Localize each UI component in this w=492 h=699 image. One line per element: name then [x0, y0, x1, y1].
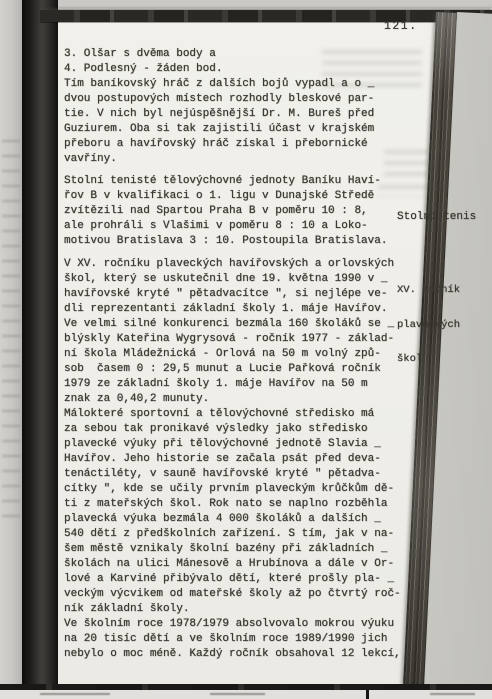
- text-line: 1979 ze základní školy 1. máje Havířov n…: [64, 377, 412, 392]
- scan-border-top: [40, 10, 492, 22]
- text-line: ník základní školy.: [64, 602, 412, 617]
- text-line: Stolní tenisté tělovýchovné jednoty Baní…: [64, 174, 412, 189]
- text-line: motivou Bratislava 3 : 10. Postoupila Br…: [64, 234, 412, 249]
- text-line: dvou postupových místech rozhodly blesko…: [64, 92, 412, 107]
- text-line: ní škola Mládežnická - Orlová na 50 m vo…: [64, 347, 412, 362]
- margin-note-line: Stolní tenis: [397, 210, 476, 225]
- text-line: Ve velmi silné konkurenci bezmála 160 šk…: [64, 317, 412, 332]
- text-line: ale prohráli s Vlašimi v poměru 8 : 10 a…: [64, 219, 412, 234]
- margin-note-line: plaveckých: [397, 320, 460, 332]
- text-line: tie. V nich byl nejúspěšnější Dr. M. Bur…: [64, 107, 412, 122]
- text-line: veckým výcvikem od mateřské školy až po …: [64, 587, 412, 602]
- text-line: nebylo o moc méně. Každý ročník obsahova…: [64, 647, 412, 662]
- text-line: na 20 tisíc dětí a ve školním roce 1989/…: [64, 632, 412, 647]
- text-line: havířovské kryté " pětadvacítce ", si ne…: [64, 287, 412, 302]
- text-line: šem městě vznikaly školní bazény při zák…: [64, 542, 412, 557]
- margin-note-line: XV. ročník: [397, 285, 460, 297]
- scan-edge-dash: [430, 693, 475, 695]
- text-line: Málokteré sportovní a tělovýchovné střed…: [64, 407, 412, 422]
- text-line: 540 dětí z předškolních zařízení. S tím,…: [64, 527, 412, 542]
- text-line: cítky ", kde se učily prvním plaveckým k…: [64, 482, 412, 497]
- scan-edge-dash: [210, 693, 265, 695]
- text-line: plavecká výuka bezmála 4 000 školáků a d…: [64, 512, 412, 527]
- scan-edge-tick: [366, 690, 369, 699]
- text-line: znak za 0,40,2 munuty.: [64, 392, 412, 407]
- ghost-print-lines: [2, 140, 20, 530]
- page-number: 121.: [384, 20, 418, 33]
- text-line: tenáctiléty, v sauně havířovské kryté " …: [64, 467, 412, 482]
- book-binding: [22, 0, 58, 684]
- text-line: zvítězili nad Spartou Praha B v poměru 1…: [64, 204, 412, 219]
- margin-note-swimming-schools: XV. ročník plaveckých škol: [397, 262, 460, 389]
- text-line: Ve školním roce 1978/1979 absolvovalo mo…: [64, 617, 412, 632]
- text-line: lové a Karviné přibývalo dětí, které pro…: [64, 572, 412, 587]
- text-line: školách na ulici Mánesově a Hrubínova a …: [64, 557, 412, 572]
- body-text-column: 3. Olšar s dvěma body a4. Podlesný - žád…: [64, 47, 412, 662]
- scan-edge-dash: [40, 693, 110, 695]
- text-line: sob časem 0 : 29,5 munut a Lucie Pařková…: [64, 362, 412, 377]
- text-line: Tím baníkovský hráč z dalších bojů vypad…: [64, 77, 412, 92]
- text-line: škol, který se uskutečnil dne 19. května…: [64, 272, 412, 287]
- text-line: Havířov. Jeho historie se začala psát př…: [64, 452, 412, 467]
- text-line: blýskly Kateřina Wygrysová - ročník 1977…: [64, 332, 412, 347]
- text-line: Guziurem. Oba si tak zajistili účast v k…: [64, 122, 412, 137]
- text-line: ti z mateřských škol. Rok nato se naplno…: [64, 497, 412, 512]
- previous-page-edge: [0, 0, 22, 699]
- text-line: 3. Olšar s dvěma body a: [64, 47, 412, 62]
- text-line: V XV. ročníku plaveckých havířovských a …: [64, 257, 412, 272]
- text-line: řov B v kvalifikaci o 1. ligu v Dunajské…: [64, 189, 412, 204]
- text-line: přeboru a havířovský hráč získal i přebo…: [64, 137, 412, 152]
- scanned-document-page: 121. 3. Olšar s dvěma body a4. Podlesný …: [0, 0, 492, 699]
- text-line: za sebou tak pronikavé výsledky jako stř…: [64, 422, 412, 437]
- margin-note-line: škol: [397, 354, 460, 366]
- text-line: 4. Podlesný - žáden bod.: [64, 62, 412, 77]
- text-line: vavříny.: [64, 152, 412, 167]
- text-line: dli reprezentanti základní školy 1. máje…: [64, 302, 412, 317]
- text-line: plavecké výuky při tělovýchovné jednotě …: [64, 437, 412, 452]
- margin-note-table-tennis: Stolní tenis: [397, 180, 476, 255]
